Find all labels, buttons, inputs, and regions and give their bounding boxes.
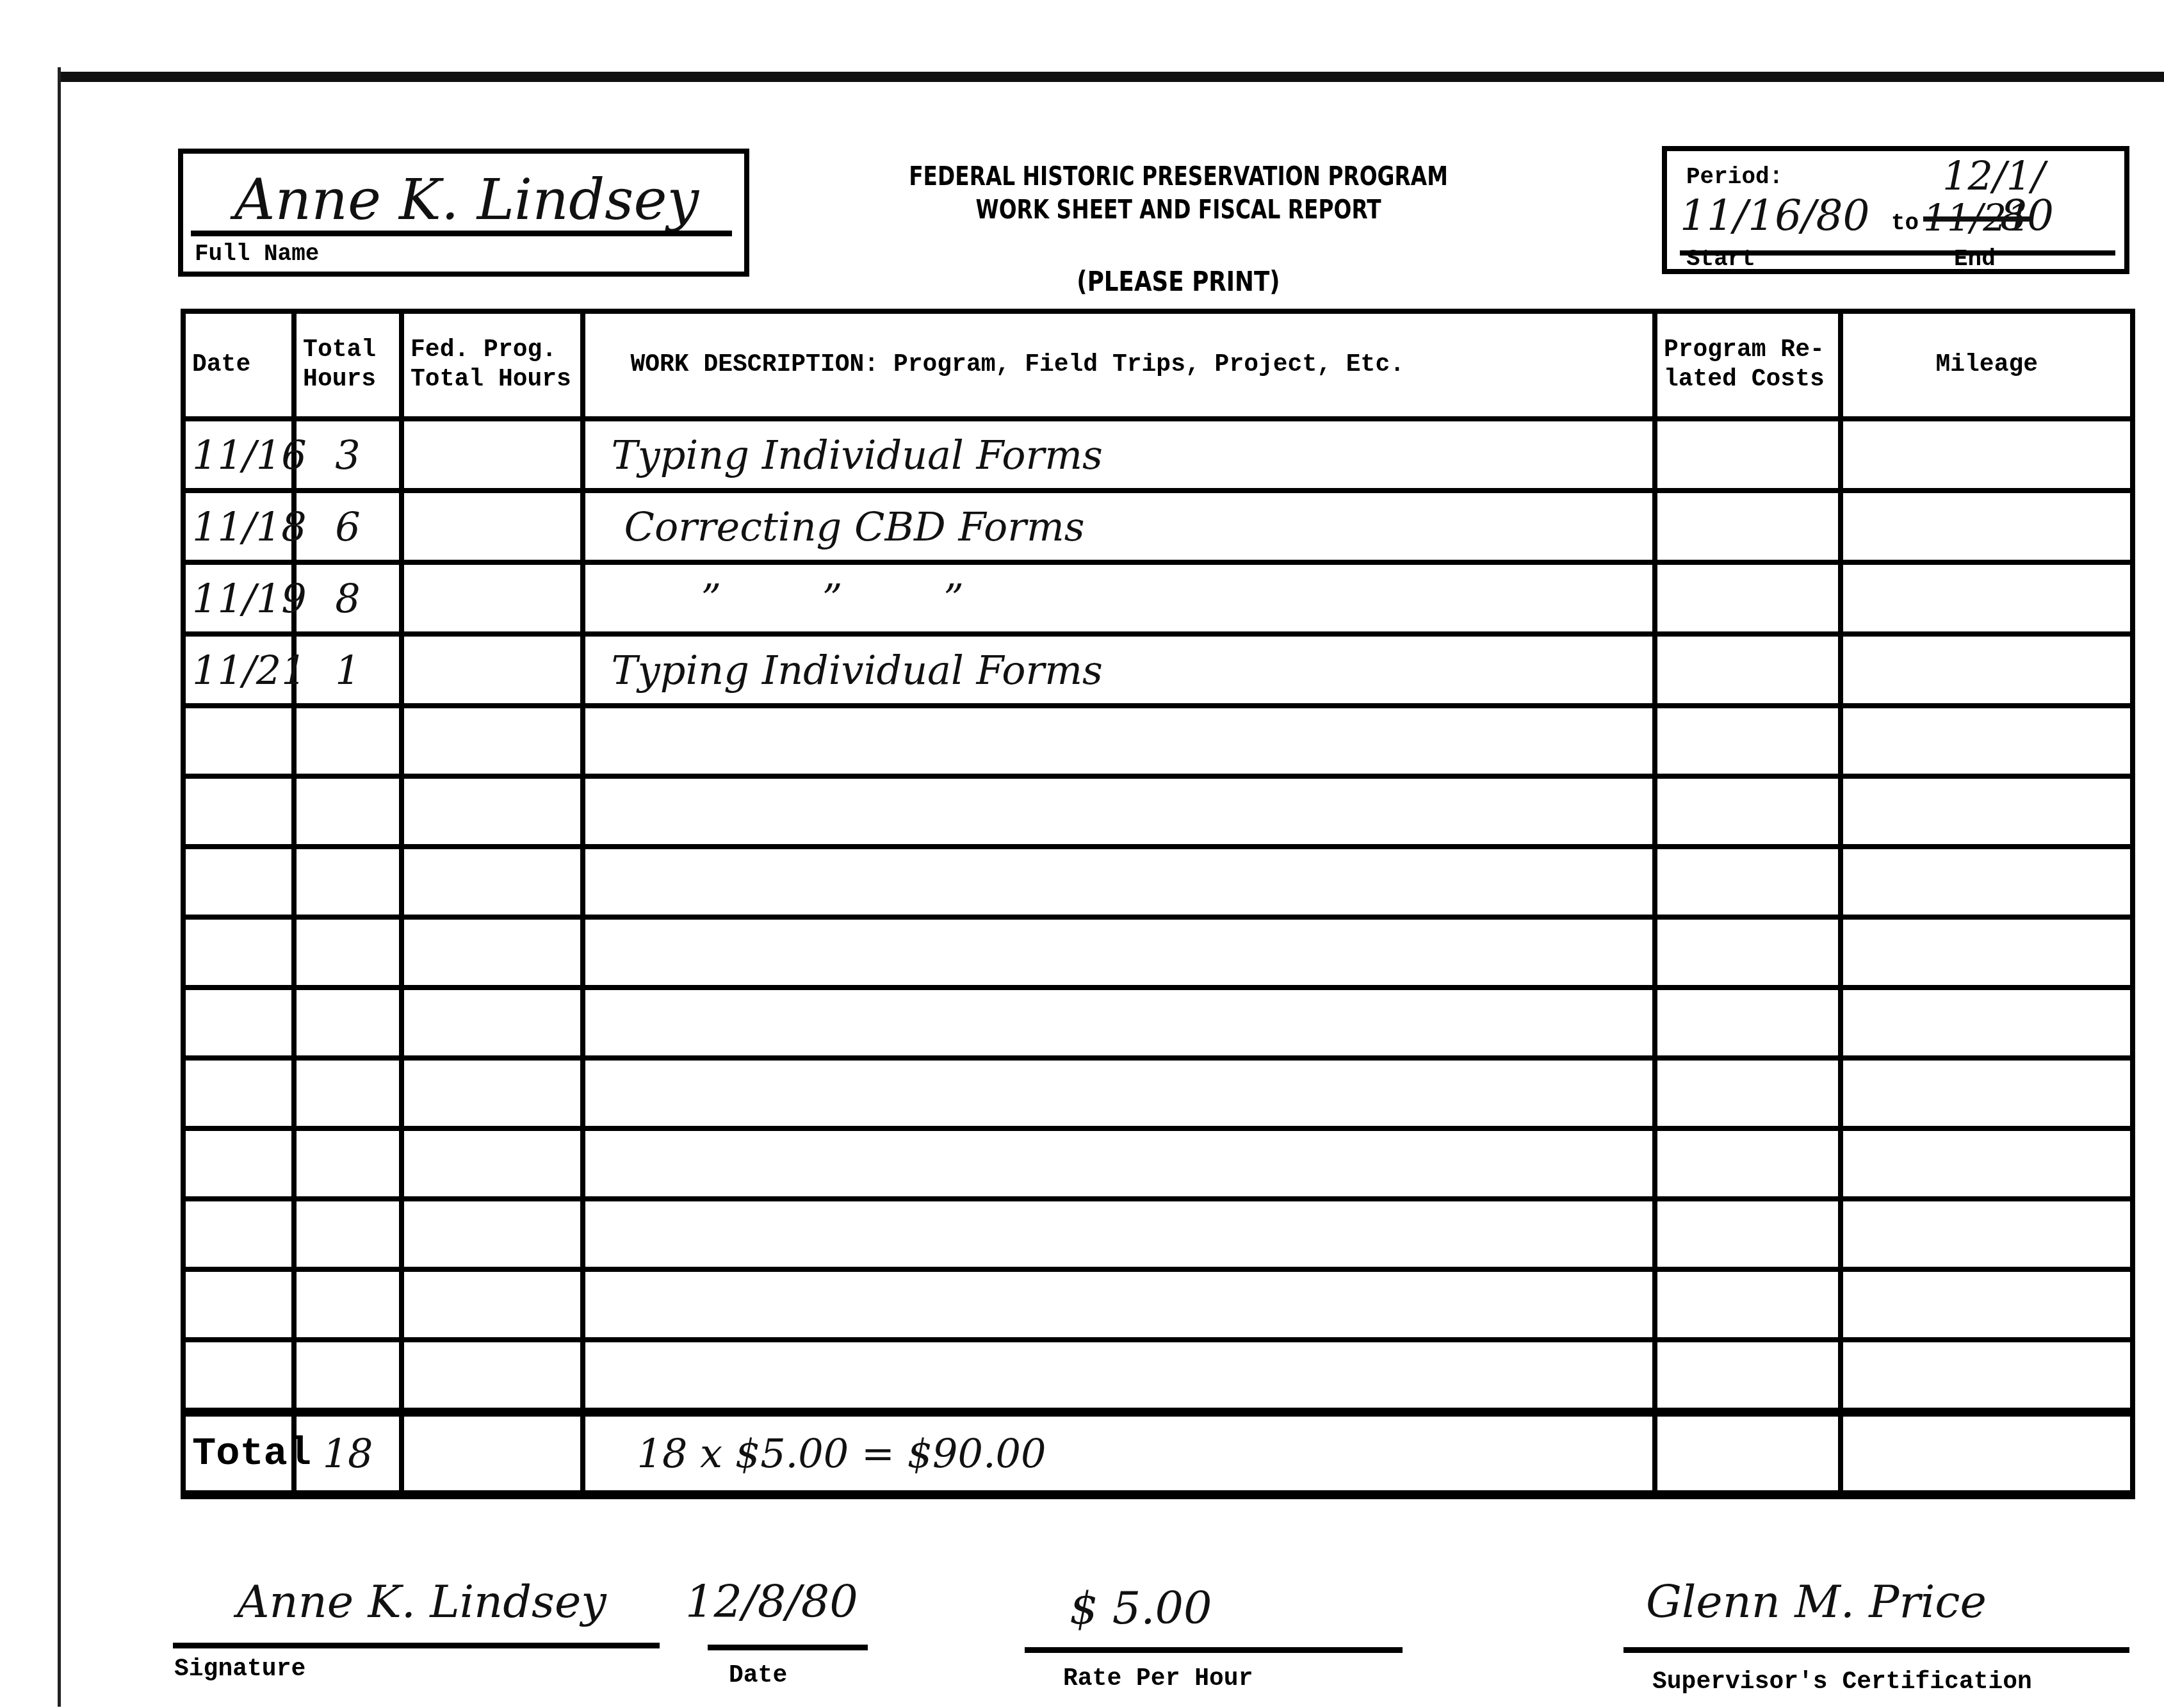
cell-date[interactable]: 11/16 xyxy=(183,419,294,491)
cell-description[interactable]: Correcting CBD Forms xyxy=(583,491,1654,562)
cell-fed-prog-hours[interactable] xyxy=(402,1269,583,1340)
header-fed-prog-hours: Fed. Prog. Total Hours xyxy=(402,311,583,419)
page-edge-left xyxy=(58,67,61,1707)
cell-mileage[interactable] xyxy=(1841,706,2133,776)
total-mileage[interactable] xyxy=(1841,1412,2133,1495)
cell-program-costs[interactable] xyxy=(1655,847,1841,917)
cell-description[interactable] xyxy=(583,1058,1654,1128)
cell-program-costs[interactable] xyxy=(1655,988,1841,1058)
title-line-2: WORK SHEET AND FISCAL REPORT xyxy=(900,193,1456,227)
cell-total-hours[interactable] xyxy=(294,917,402,988)
title-line-1: FEDERAL HISTORIC PRESERVATION PROGRAM xyxy=(900,160,1456,193)
cell-total-hours[interactable] xyxy=(294,988,402,1058)
cell-program-costs[interactable] xyxy=(1655,419,1841,491)
period-to-label: to xyxy=(1891,210,1919,236)
cell-program-costs[interactable] xyxy=(1655,562,1841,634)
total-fed-prog-hours[interactable] xyxy=(402,1412,583,1495)
cell-total-hours[interactable] xyxy=(294,706,402,776)
cell-program-costs[interactable] xyxy=(1655,1199,1841,1269)
cell-fed-prog-hours[interactable] xyxy=(402,634,583,706)
date-underline xyxy=(708,1645,868,1650)
supervisor-underline xyxy=(1623,1647,2129,1653)
cell-mileage[interactable] xyxy=(1841,847,2133,917)
table-row-blank xyxy=(183,706,2133,776)
table-row-blank xyxy=(183,1058,2133,1128)
cell-fed-prog-hours[interactable] xyxy=(402,1199,583,1269)
cell-total-hours[interactable] xyxy=(294,1340,402,1412)
cell-mileage[interactable] xyxy=(1841,1340,2133,1412)
cell-program-costs[interactable] xyxy=(1655,1058,1841,1128)
cell-description[interactable] xyxy=(583,1340,1654,1412)
signature-label: Signature xyxy=(174,1655,305,1683)
full-name-field[interactable]: Anne K. Lindsey xyxy=(234,167,699,232)
period-end-field[interactable]: 80 xyxy=(2000,191,2054,240)
signature-field[interactable]: Anne K. Lindsey xyxy=(237,1575,606,1628)
cell-description[interactable] xyxy=(583,1269,1654,1340)
please-print-instruction: (PLEASE PRINT) xyxy=(1048,266,1309,297)
cell-total-hours[interactable] xyxy=(294,1128,402,1199)
rate-per-hour-field[interactable]: $ 5.00 xyxy=(1070,1582,1212,1634)
cell-fed-prog-hours[interactable] xyxy=(402,988,583,1058)
form-title: FEDERAL HISTORIC PRESERVATION PROGRAM WO… xyxy=(900,160,1456,227)
cell-date[interactable] xyxy=(183,1058,294,1128)
total-calculation[interactable]: 18 x $5.00 = $90.00 xyxy=(583,1412,1654,1495)
table-row-blank xyxy=(183,1199,2133,1269)
cell-description[interactable] xyxy=(583,988,1654,1058)
cell-total-hours[interactable] xyxy=(294,1269,402,1340)
cell-description[interactable] xyxy=(583,776,1654,847)
cell-mileage[interactable] xyxy=(1841,1269,2133,1340)
table-row: 11/16 3 Typing Individual Forms xyxy=(183,419,2133,491)
total-label: Total xyxy=(183,1412,294,1495)
date-field[interactable]: 12/8/80 xyxy=(685,1575,858,1628)
cell-date[interactable] xyxy=(183,917,294,988)
cell-date[interactable] xyxy=(183,847,294,917)
table-row-blank xyxy=(183,917,2133,988)
cell-description[interactable]: Typing Individual Forms xyxy=(583,419,1654,491)
table-row-blank xyxy=(183,988,2133,1058)
cell-description[interactable] xyxy=(583,917,1654,988)
cell-mileage[interactable] xyxy=(1841,562,2133,634)
cell-program-costs[interactable] xyxy=(1655,1128,1841,1199)
cell-fed-prog-hours[interactable] xyxy=(402,1340,583,1412)
work-log-table: Date Total Hours Fed. Prog. Total Hours … xyxy=(181,309,2135,1499)
cell-fed-prog-hours[interactable] xyxy=(402,917,583,988)
cell-total-hours[interactable] xyxy=(294,1199,402,1269)
cell-date[interactable] xyxy=(183,1340,294,1412)
table-row-blank xyxy=(183,1340,2133,1412)
cell-date[interactable] xyxy=(183,1199,294,1269)
signature-underline xyxy=(173,1643,660,1648)
cell-total-hours[interactable]: 1 xyxy=(294,634,402,706)
rate-per-hour-label: Rate Per Hour xyxy=(1063,1665,1253,1693)
supervisor-certification-label: Supervisor's Certification xyxy=(1652,1668,2032,1696)
period-box: Period: 12/1/ 11/16/80 to 11/21 80 Start… xyxy=(1662,146,2129,274)
cell-program-costs[interactable] xyxy=(1655,1340,1841,1412)
cell-date[interactable] xyxy=(183,776,294,847)
cell-date[interactable]: 11/21 xyxy=(183,634,294,706)
header-total-hours: Total Hours xyxy=(294,311,402,419)
cell-mileage[interactable] xyxy=(1841,491,2133,562)
table-row-blank xyxy=(183,1128,2133,1199)
table-row: 11/18 6 Correcting CBD Forms xyxy=(183,491,2133,562)
cell-fed-prog-hours[interactable] xyxy=(402,847,583,917)
date-label: Date xyxy=(729,1662,787,1689)
full-name-box: Anne K. Lindsey Full Name xyxy=(178,149,749,277)
table-row: 11/21 1 Typing Individual Forms xyxy=(183,634,2133,706)
table-header-row: Date Total Hours Fed. Prog. Total Hours … xyxy=(183,311,2133,419)
cell-program-costs[interactable] xyxy=(1655,776,1841,847)
cell-fed-prog-hours[interactable] xyxy=(402,706,583,776)
supervisor-signature-field[interactable]: Glenn M. Price xyxy=(1646,1575,1987,1628)
cell-program-costs[interactable] xyxy=(1655,1269,1841,1340)
cell-fed-prog-hours[interactable] xyxy=(402,776,583,847)
cell-total-hours[interactable]: 8 xyxy=(294,562,402,634)
cell-fed-prog-hours[interactable] xyxy=(402,562,583,634)
table-row-blank xyxy=(183,1269,2133,1340)
cell-description[interactable]: ” ” ” xyxy=(583,562,1654,634)
cell-description[interactable] xyxy=(583,1199,1654,1269)
cell-program-costs[interactable] xyxy=(1655,491,1841,562)
cell-date[interactable] xyxy=(183,1269,294,1340)
cell-date[interactable]: 11/19 xyxy=(183,562,294,634)
cell-date[interactable] xyxy=(183,706,294,776)
cell-description[interactable]: Typing Individual Forms xyxy=(583,634,1654,706)
rate-underline xyxy=(1025,1647,1403,1653)
full-name-underline xyxy=(191,231,732,236)
cell-date[interactable] xyxy=(183,988,294,1058)
cell-fed-prog-hours[interactable] xyxy=(402,491,583,562)
cell-description[interactable] xyxy=(583,706,1654,776)
table-row-blank xyxy=(183,847,2133,917)
period-label: Period: xyxy=(1686,164,1783,190)
cell-total-hours[interactable]: 3 xyxy=(294,419,402,491)
cell-mileage[interactable] xyxy=(1841,1128,2133,1199)
page-edge-top xyxy=(61,72,2164,82)
total-row: Total 18 18 x $5.00 = $90.00 xyxy=(183,1412,2133,1495)
header-mileage: Mileage xyxy=(1841,311,2133,419)
cell-total-hours[interactable]: 6 xyxy=(294,491,402,562)
cell-date[interactable] xyxy=(183,1128,294,1199)
table-row-blank xyxy=(183,776,2133,847)
period-start-label: Start xyxy=(1686,246,1755,272)
cell-date[interactable]: 11/18 xyxy=(183,491,294,562)
cell-description[interactable] xyxy=(583,847,1654,917)
total-program-costs[interactable] xyxy=(1655,1412,1841,1495)
cell-program-costs[interactable] xyxy=(1655,634,1841,706)
period-start-field[interactable]: 11/16/80 xyxy=(1680,191,1869,240)
cell-total-hours[interactable] xyxy=(294,847,402,917)
period-end-label: End xyxy=(1954,246,1996,272)
cell-mileage[interactable] xyxy=(1841,419,2133,491)
cell-total-hours[interactable] xyxy=(294,1058,402,1128)
cell-description[interactable] xyxy=(583,1128,1654,1199)
cell-fed-prog-hours[interactable] xyxy=(402,419,583,491)
cell-mileage[interactable] xyxy=(1841,988,2133,1058)
cell-mileage[interactable] xyxy=(1841,1199,2133,1269)
cell-mileage[interactable] xyxy=(1841,776,2133,847)
full-name-label: Full Name xyxy=(195,241,319,267)
header-program-costs: Program Re- lated Costs xyxy=(1655,311,1841,419)
header-work-description: WORK DESCRIPTION: Program, Field Trips, … xyxy=(583,311,1654,419)
cell-fed-prog-hours[interactable] xyxy=(402,1058,583,1128)
cell-mileage[interactable] xyxy=(1841,917,2133,988)
cell-fed-prog-hours[interactable] xyxy=(402,1128,583,1199)
table-row: 11/19 8 ” ” ” xyxy=(183,562,2133,634)
cell-total-hours[interactable] xyxy=(294,776,402,847)
cell-mileage[interactable] xyxy=(1841,1058,2133,1128)
cell-mileage[interactable] xyxy=(1841,634,2133,706)
cell-program-costs[interactable] xyxy=(1655,917,1841,988)
header-date: Date xyxy=(183,311,294,419)
cell-program-costs[interactable] xyxy=(1655,706,1841,776)
